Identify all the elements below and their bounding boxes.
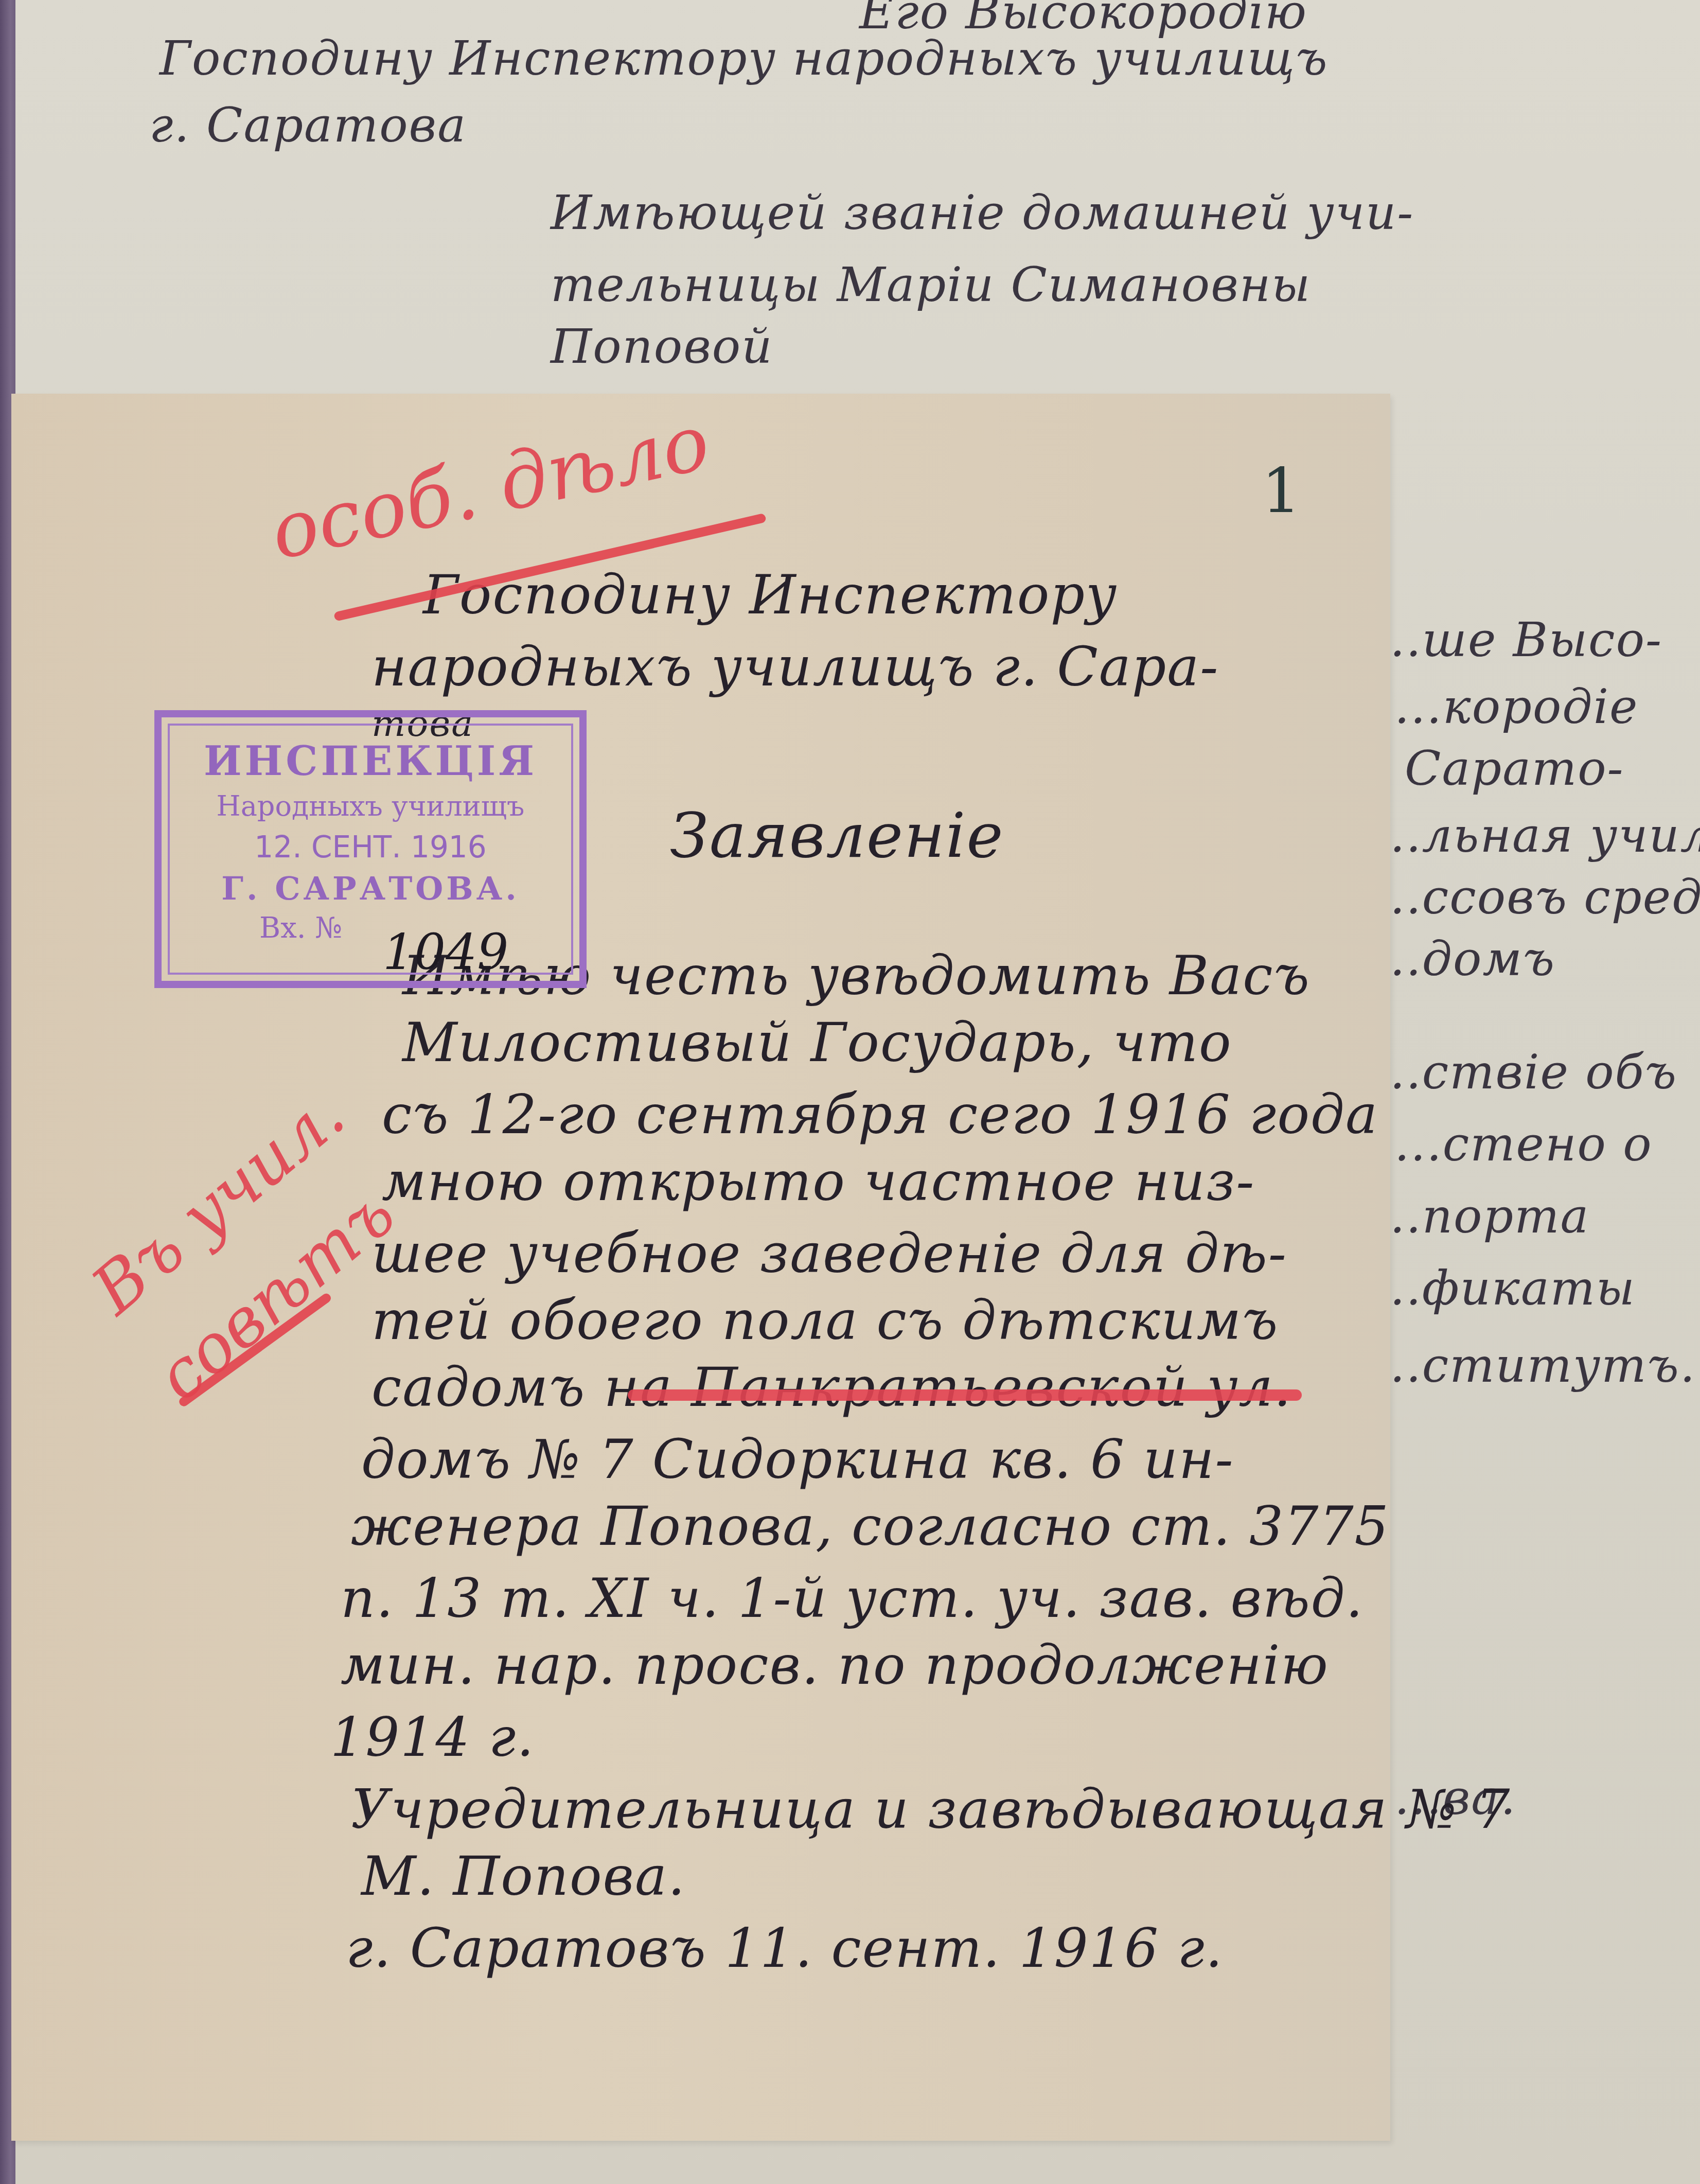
body-line: мин. нар. просв. по продолженію <box>341 1634 1329 1697</box>
back-line-sender-2: тельницы Маріи Симановны <box>551 257 1311 312</box>
back-line-sender-3: Поповой <box>551 319 773 374</box>
back-fragment: ...стено о <box>1394 1117 1653 1172</box>
address-line-2: народныхъ училищъ г. Сара- <box>371 636 1219 698</box>
stamp-subtitle: Народныхъ училищъ <box>162 790 579 822</box>
back-line-city: г. Саратова <box>149 98 467 153</box>
back-fragment: ...ссовъ средо- <box>1374 870 1700 925</box>
body-line: Милостивый Государь, что <box>402 1011 1232 1074</box>
body-line-street: садомъ на Панкратьевской ул. <box>371 1356 1292 1419</box>
date-line: г. Саратовъ 11. сент. 1916 г. <box>346 1917 1224 1980</box>
page-number: 1 <box>1262 455 1302 527</box>
back-fragment: ...ше Высо- <box>1374 612 1662 667</box>
body-line: мною открыто частное низ- <box>382 1150 1255 1213</box>
back-fragment: ...фикаты <box>1374 1261 1636 1316</box>
back-fragment: Сарато- <box>1405 741 1624 796</box>
stamp-city: Г. САРАТОВА. <box>162 870 579 907</box>
back-line-sender-1: Имѣющей званіе домашней учи- <box>551 185 1414 240</box>
stamp-date: 12. СЕНТ. 1916 <box>162 830 579 865</box>
red-underline-street <box>628 1389 1302 1401</box>
body-line: домъ № 7 Сидоркина кв. 6 ин- <box>361 1428 1234 1491</box>
body-line: тей обоего пола съ дѣтскимъ <box>371 1289 1279 1352</box>
application-sheet: 1 Господину Инспектору народныхъ училищъ… <box>11 394 1390 2141</box>
signature: М. Попова. <box>361 1845 686 1908</box>
stamp-incoming-number: 1049 <box>383 923 508 981</box>
stamp-title: ИНСПЕКЦІЯ <box>162 738 579 785</box>
back-fragment: ...домъ <box>1374 931 1555 987</box>
back-fragment: ...ститутъ. <box>1374 1338 1696 1393</box>
back-fragment: ...ствіе объ <box>1374 1045 1677 1100</box>
body-line: п. 13 т. XI ч. 1-й уст. уч. зав. вѣд. <box>341 1567 1364 1630</box>
body-line: женера Попова, согласно ст. 3775 <box>351 1495 1390 1558</box>
back-fragment: ...кородіе <box>1394 679 1639 734</box>
document-title: Заявленіе <box>670 800 1004 872</box>
body-line: шее учебное заведеніе для дѣ- <box>371 1222 1287 1285</box>
stamp-incoming-label: Вх. № <box>162 911 579 945</box>
back-fragment: ...порта <box>1374 1189 1589 1244</box>
back-line-addressee: Господину Инспектору народныхъ училищъ <box>160 31 1328 86</box>
body-line: съ 12-го сентября сего 1916 года <box>382 1083 1378 1146</box>
inspection-stamp: ИНСПЕКЦІЯ Народныхъ училищъ 12. СЕНТ. 19… <box>154 710 587 988</box>
body-line: 1914 г. <box>330 1706 535 1769</box>
back-fragment: ...льная учили- <box>1374 808 1700 863</box>
signature-title: Учредительница и завѣдывающая № 7 <box>351 1778 1511 1841</box>
